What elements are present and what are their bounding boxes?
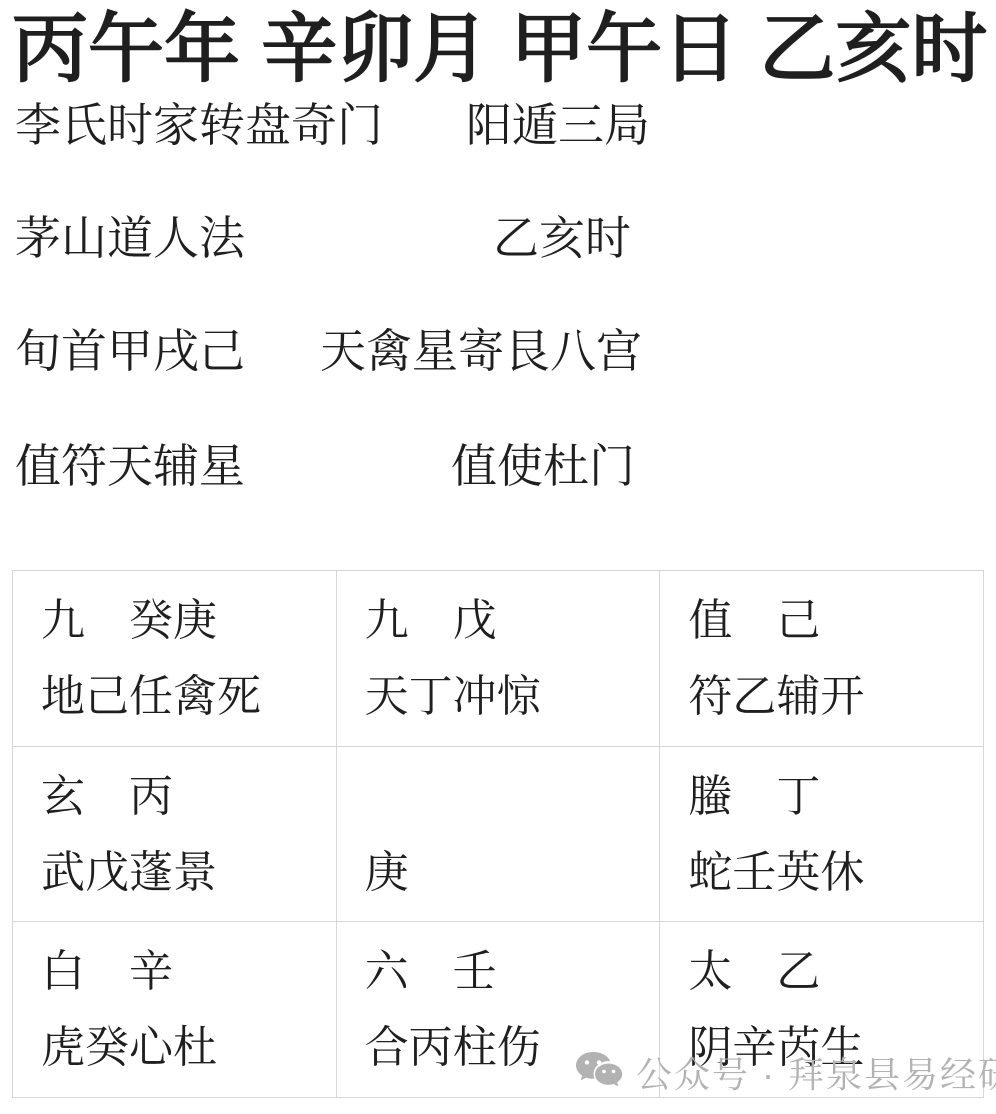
qimen-palace-grid: 九 癸庚 地己任禽死 九 戊 天丁冲惊 值 己 符乙辅开 玄 丙 武戊蓬景 庚 … bbox=[12, 570, 984, 1098]
star-palace-label: 天禽星寄艮八宫 bbox=[320, 325, 642, 377]
palace-cell-dui: 螣 丁 蛇壬英休 bbox=[660, 747, 984, 923]
info-line-school: 茅山道人法 乙亥时 bbox=[0, 212, 996, 264]
palace-cell-line2: 虎癸心杜 bbox=[41, 1024, 336, 1072]
info-line-zhifu: 值符天辅星 值使杜门 bbox=[0, 440, 996, 492]
school-label: 茅山道人法 bbox=[15, 212, 245, 264]
palace-cell-xun: 九 癸庚 地己任禽死 bbox=[13, 571, 337, 747]
palace-cell-line1: 九 戊 bbox=[365, 597, 660, 645]
hour-label: 乙亥时 bbox=[493, 212, 631, 264]
zhishi-door-label: 值使杜门 bbox=[451, 440, 635, 492]
info-line-xunshou: 旬首甲戌己 天禽星寄艮八宫 bbox=[0, 325, 996, 377]
palace-cell-kun: 值 己 符乙辅开 bbox=[660, 571, 984, 747]
palace-cell-line2: 天丁冲惊 bbox=[365, 673, 660, 721]
palace-cell-line1: 螣 丁 bbox=[688, 773, 983, 821]
palace-cell-line1 bbox=[365, 773, 660, 821]
zhifu-star-label: 值符天辅星 bbox=[15, 440, 245, 492]
palace-cell-line1: 九 癸庚 bbox=[41, 597, 336, 645]
palace-cell-line2: 符乙辅开 bbox=[688, 673, 983, 721]
palace-cell-li: 九 戊 天丁冲惊 bbox=[337, 571, 661, 747]
palace-cell-gen: 白 辛 虎癸心杜 bbox=[13, 922, 337, 1098]
info-line-method: 李氏时家转盘奇门 阳遁三局 bbox=[0, 99, 996, 151]
palace-cell-line1: 值 己 bbox=[688, 597, 983, 645]
watermark: 公众号 · 拜泉县易经研究会 bbox=[574, 1046, 996, 1098]
palace-cell-line2: 庚 bbox=[365, 849, 660, 897]
palace-cell-line2: 蛇壬英休 bbox=[688, 849, 983, 897]
chart-method-label: 李氏时家转盘奇门 bbox=[15, 99, 383, 151]
palace-cell-line2: 武戊蓬景 bbox=[41, 849, 336, 897]
xunshou-label: 旬首甲戌己 bbox=[15, 325, 245, 377]
palace-cell-line2: 地己任禽死 bbox=[41, 673, 336, 721]
wechat-icon bbox=[574, 1050, 626, 1094]
watermark-text: 公众号 · 拜泉县易经研究会 bbox=[636, 1047, 996, 1098]
ju-number-label: 阳遁三局 bbox=[466, 99, 650, 151]
palace-cell-line1: 太 乙 bbox=[688, 948, 983, 996]
palace-cell-line1: 玄 丙 bbox=[41, 773, 336, 821]
palace-cell-center: 庚 bbox=[337, 747, 661, 923]
palace-cell-line1: 白 辛 bbox=[41, 948, 336, 996]
palace-cell-line1: 六 壬 bbox=[365, 948, 660, 996]
page-title: 丙午年 辛卯月 甲午日 乙亥时 bbox=[12, 2, 992, 98]
palace-cell-zhen: 玄 丙 武戊蓬景 bbox=[13, 747, 337, 923]
